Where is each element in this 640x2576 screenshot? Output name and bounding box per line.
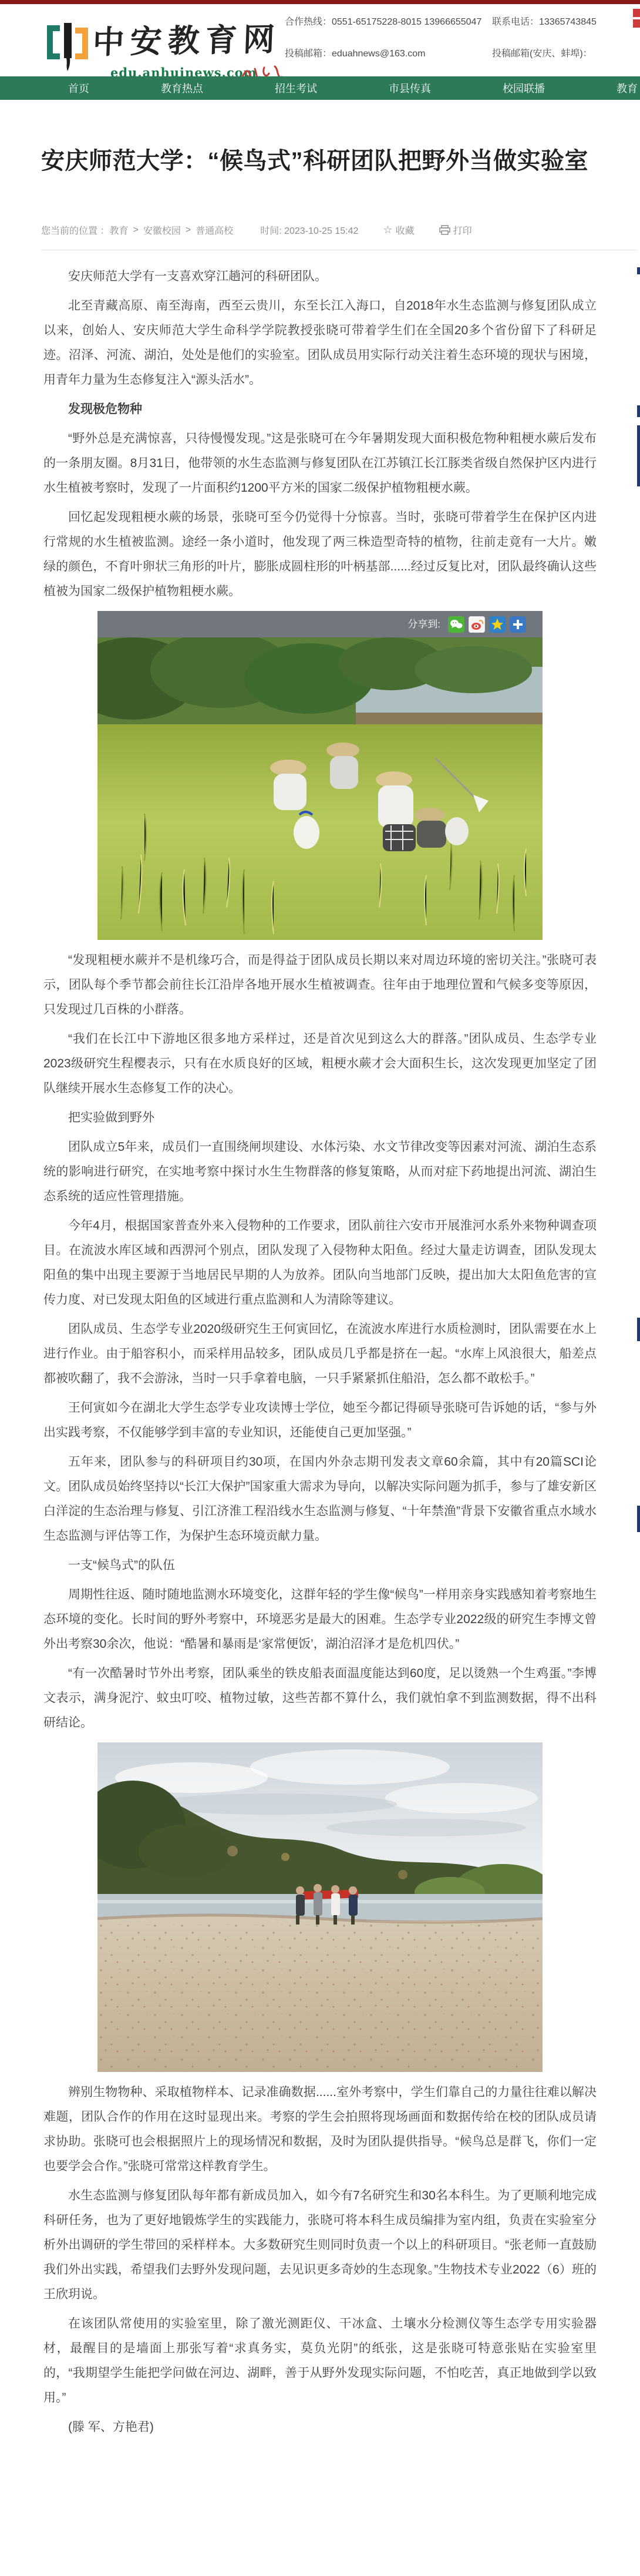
article-paragraph: (滕 军、方艳君) [43,2415,597,2440]
article-paragraph: 水生态监测与修复团队每年都有新成员加入，如今有7名研究生和30名本科生。为了更顺… [43,2184,597,2307]
section-heading: 发现极危物种 [43,397,597,422]
breadcrumb-label: 您当前的位置 ： [41,223,109,237]
nav-item-admissions[interactable]: 招生考试 [275,80,317,96]
hotline-text: 合作热线：0551-65175228-8015 13966655047 [285,14,481,28]
phone-text: 联系电话：13365743845 [492,14,597,28]
section-heading: 把实验做到野外 [43,1106,597,1130]
favorite-button[interactable]: ☆ 收藏 [383,223,414,237]
email-text: 投稿邮箱：eduahnews@163.com [285,46,425,59]
nav-item-campus-broadcast[interactable]: 校园联播 [503,80,545,96]
edge-widget-sliver [637,405,640,417]
nav-item-county-news[interactable]: 市县传真 [389,80,431,96]
edge-widget-sliver [637,267,640,274]
nav-item-education[interactable]: 教育 [617,80,638,96]
page-title: 安庆师范大学：“候鸟式”科研团队把野外当做实验室 [41,146,628,176]
weibo-share-icon[interactable] [469,616,485,633]
breadcrumb-link-anhui-campus[interactable]: 安徽校园 [143,223,181,237]
favorite-label: 收藏 [396,223,415,237]
article-paragraph: 今年4月，根据国家普查外来入侵物种的工作要求，团队前往六安市开展淮河水系外来物种… [43,1214,597,1312]
article-paragraph: 北至青藏高原、南至海南，西至云贵川，东至长江入海口，自2018年水生态监测与修复… [43,294,597,392]
edge-red-tab [633,9,640,17]
wechat-share-icon[interactable] [448,616,464,633]
article-paragraph: 回忆起发现粗梗水蕨的场景，张晓可至今仍觉得十分惊喜。当时，张晓可带着学生在保护区… [43,505,597,604]
nav-item-education-hot[interactable]: 教育热点 [161,80,203,96]
article-paragraph: 在该团队常使用的实验室里，除了激光测距仪、干冰盒、土壤水分检测仪等生态学专用实验… [43,2312,597,2410]
star-icon: ☆ [383,224,392,236]
breadcrumb-link-education[interactable]: 教育 [109,223,128,237]
breadcrumb-link-regular-college[interactable]: 普通高校 [196,223,233,237]
section-heading: 一支“候鸟式”的队伍 [43,1553,597,1578]
publish-time: 时间: 2023-10-25 15:42 [260,223,358,237]
printer-icon [439,225,450,236]
qzone-share-icon[interactable] [489,616,506,633]
article-paragraph: 辨别生物物种、采取植物样本、记录准确数据......室外考察中，学生们靠自己的力… [43,2080,597,2179]
article-paragraph: “我们在长江中下游地区很多地方采样过，还是首次见到这么大的群落。”团队成员、生态… [43,1027,597,1101]
edge-widget-sliver [637,425,640,486]
article-paragraph: “有一次酷暑时节外出考察，团队乘坐的铁皮船表面温度能达到60度，足以烫熟一个生鸡… [43,1661,597,1735]
header-contact-info: 合作热线：0551-65175228-8015 13966655047 联系电话… [0,4,640,76]
share-label: 分享到: [407,612,440,637]
article-paragraph: 团队成立5年来，成员们一直围绕闸坝建设、水体污染、水文节律改变等因素对河流、湖泊… [43,1135,597,1209]
edge-red-tab [633,19,640,28]
article-body: 安庆师范大学有一支喜欢穿江趟河的科研团队。 北至青藏高原、南至海南，西至云贵川，… [0,250,640,2440]
article-paragraph: 王何寅如今在湖北大学生态学专业攻读博士学位，她至今都记得硕导张晓可告诉她的话，“… [43,1396,597,1445]
riverbank-group-photo [97,1742,543,2072]
more-share-icon[interactable] [510,616,526,633]
article-meta-row: 您当前的位置 ： 教育 > 安徽校园 > 普通高校 时间: 2023-10-25… [41,223,640,237]
article: 安庆师范大学：“候鸟式”科研团队把野外当做实验室 您当前的位置 ： 教育 > 安… [0,100,640,2444]
edge-widget-sliver [637,1506,640,1532]
top-red-strip [0,0,640,4]
print-label: 打印 [453,223,472,237]
edge-widget-sliver [637,1318,640,1341]
field-survey-photo [97,637,543,940]
nav-item-home[interactable]: 首页 [68,80,89,96]
article-photo-2-figure [97,1742,543,2072]
email2-text: 投稿邮箱(安庆、蚌埠)： [492,46,592,59]
article-photo-1-figure: 分享到: [97,611,543,940]
breadcrumb-separator: > [186,225,191,236]
print-button[interactable]: 打印 [439,223,472,237]
main-nav: 首页 教育热点 招生考试 市县传真 校园联播 教育 [0,76,640,100]
site-header: 中安教育网 edu.anhuinews.com 合作热线：0551-651752… [0,4,640,76]
article-paragraph: 安庆师范大学有一支喜欢穿江趟河的科研团队。 [43,264,597,289]
breadcrumb-separator: > [133,225,138,236]
article-paragraph: “发现粗梗水蕨并不是机缘巧合，而是得益于团队成员长期以来对周边环境的密切关注。”… [43,948,597,1022]
article-paragraph: “野外总是充满惊喜，只待慢慢发现。”这是张晓可在今年暑期发现大面积极危物种粗梗水… [43,426,597,501]
article-paragraph: 周期性往返、随时随地监测水环境变化，这群年轻的学生像“候鸟”一样用亲身实践感知着… [43,1583,597,1657]
share-bar: 分享到: [97,611,543,637]
article-paragraph: 团队成员、生态学专业2020级研究生王何寅回忆，在流波水库进行水质检测时，团队需… [43,1317,597,1391]
article-paragraph: 五年来，团队参与的科研项目约30项，在国内外杂志期刊发表文章60余篇，其中有20… [43,1450,597,1549]
